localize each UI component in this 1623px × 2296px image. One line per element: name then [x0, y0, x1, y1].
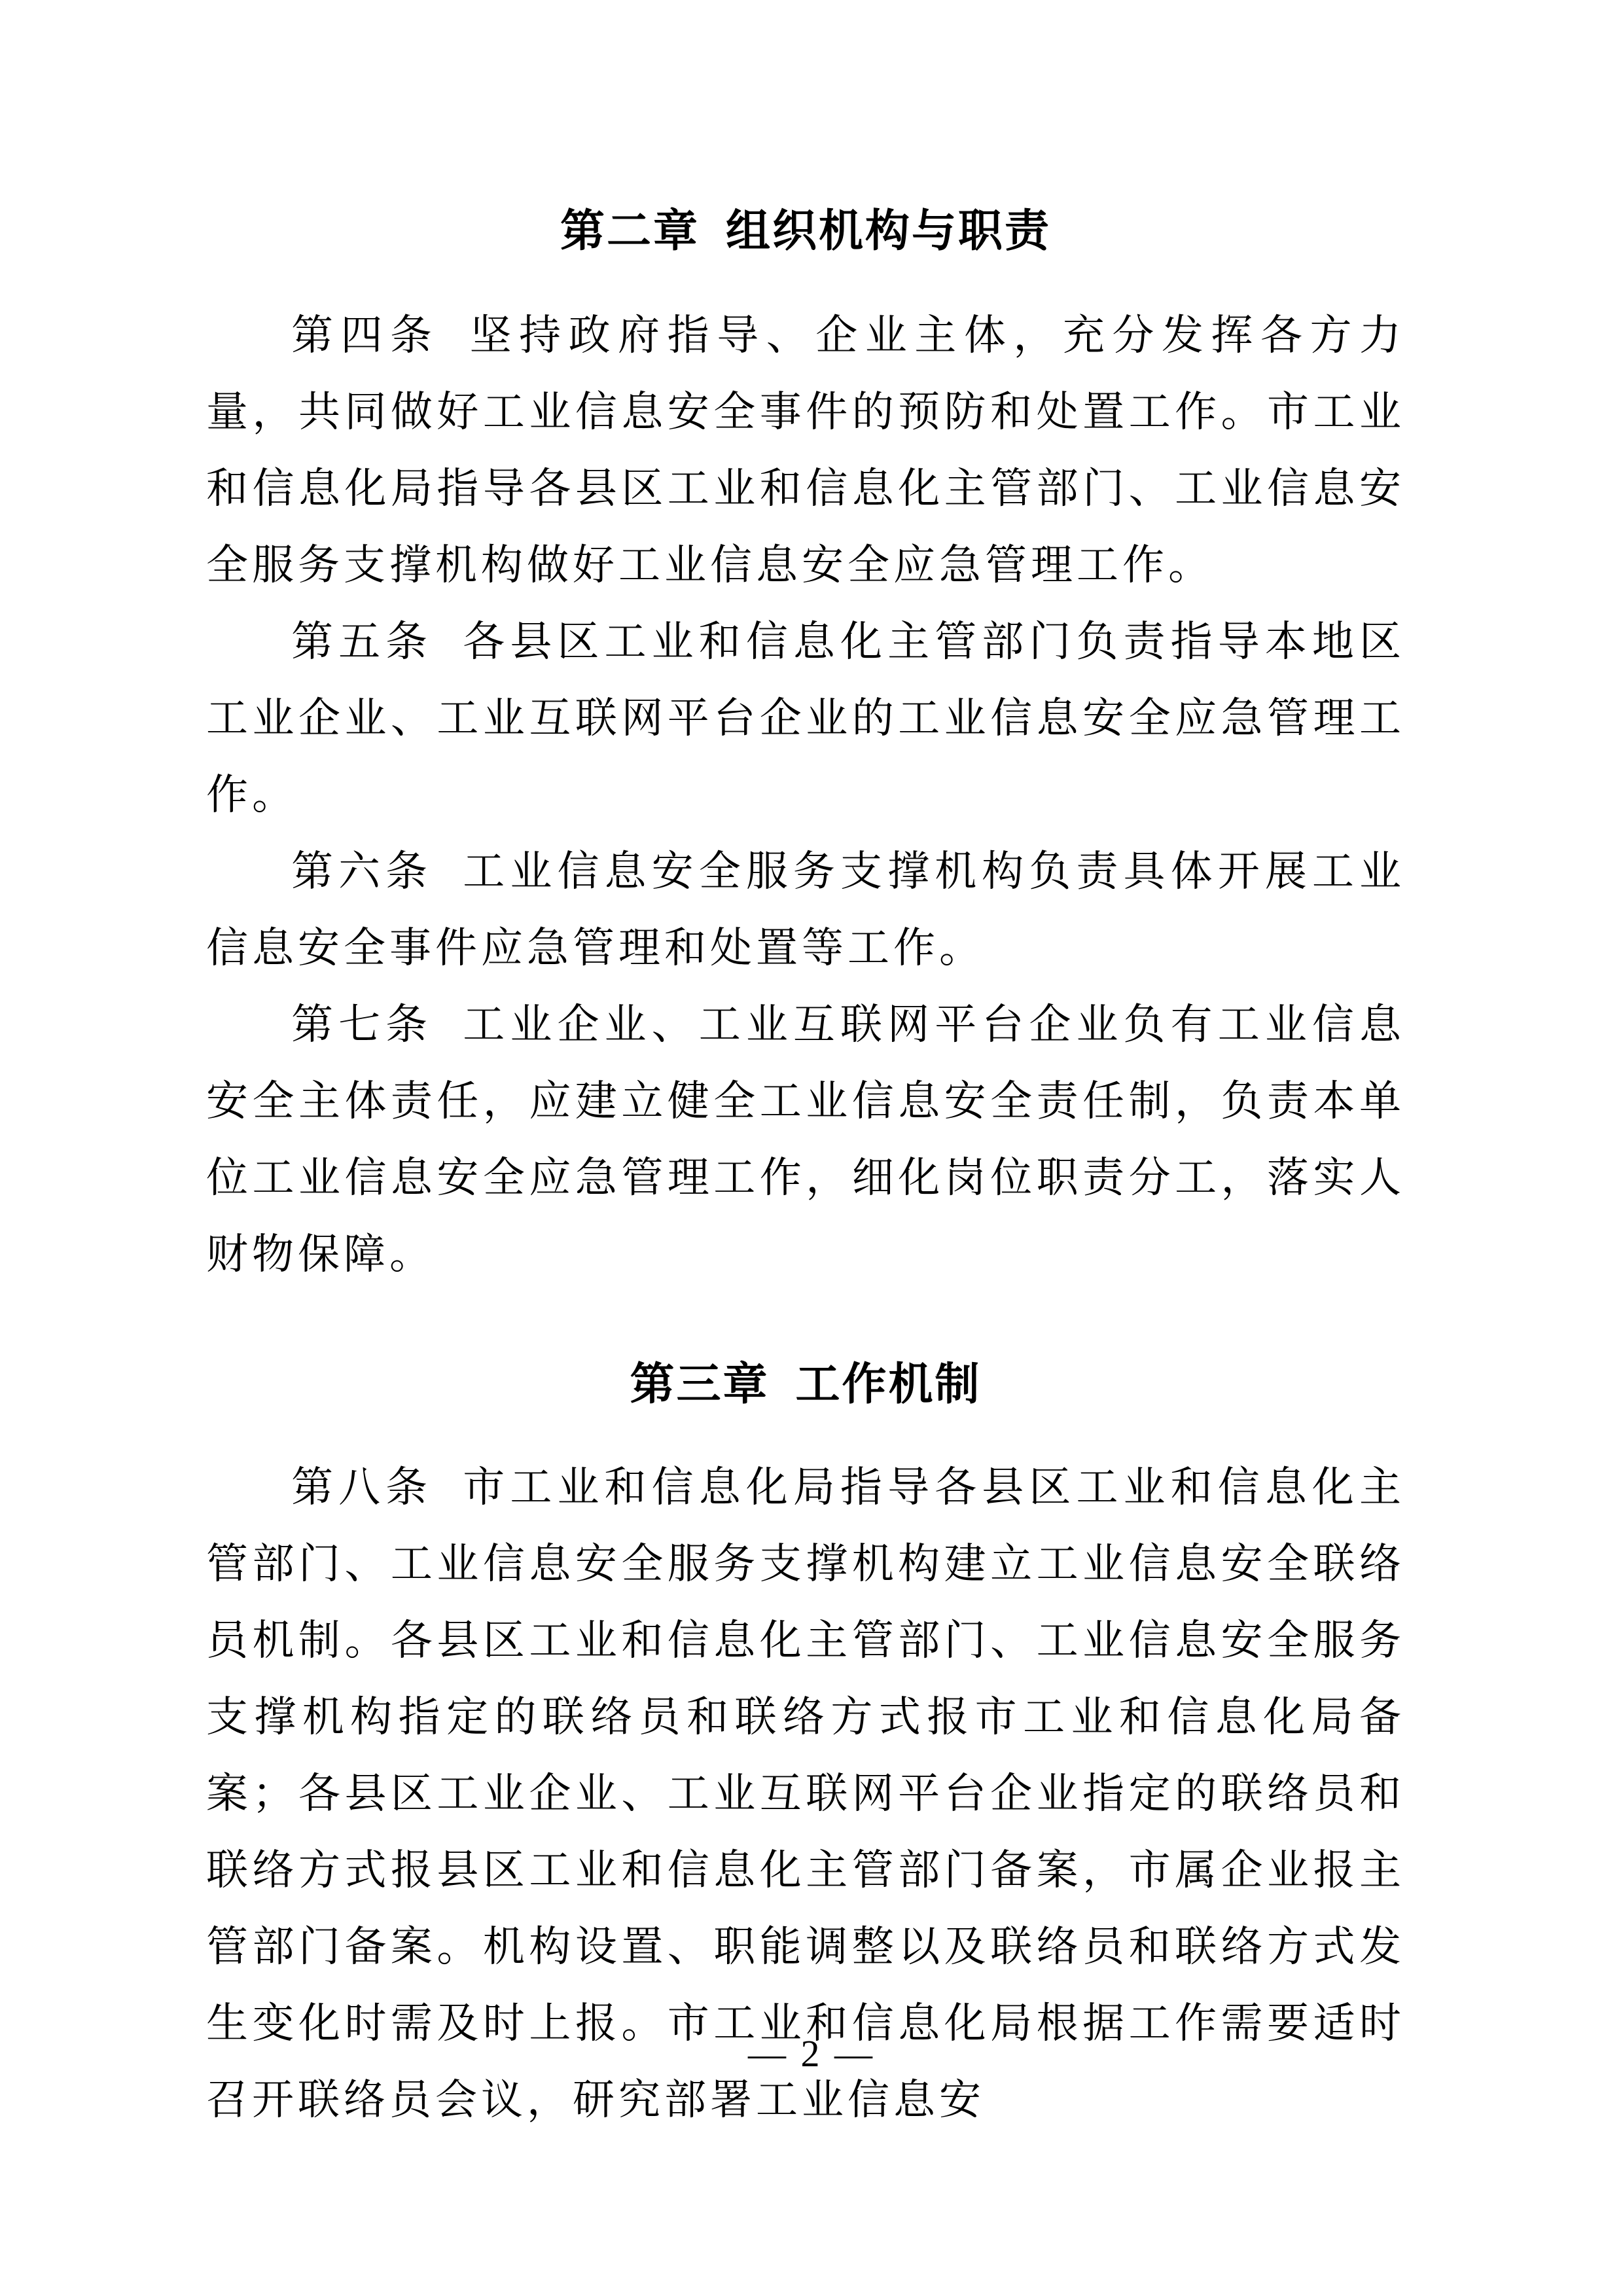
- text-block: 第二章组织机构与职责 第四条坚持政府指导、企业主体，充分发挥各方力量，共同做好工…: [206, 0, 1405, 2138]
- article-5-paragraph: 第五条各县区工业和信息化主管部门负责指导本地区工业企业、工业互联网平台企业的工业…: [206, 603, 1405, 833]
- article-4-label: 第四条: [291, 312, 440, 359]
- document-page-root: { "content": { "chapter2": { "number": "…: [0, 0, 1623, 2296]
- chapter3-heading: 第三章工作机制: [206, 1362, 1405, 1407]
- article-8-label: 第八条: [291, 1464, 433, 1511]
- document-page: 第二章组织机构与职责 第四条坚持政府指导、企业主体，充分发挥各方力量，共同做好工…: [0, 0, 1623, 2296]
- article-6-label: 第六条: [291, 848, 433, 895]
- chapter2-articles: 第四条坚持政府指导、企业主体，充分发挥各方力量，共同做好工业信息安全事件的预防和…: [206, 297, 1405, 1293]
- page-number: — 2 —: [0, 2034, 1623, 2073]
- chapter2-heading: 第二章组织机构与职责: [206, 209, 1405, 253]
- article-4-paragraph: 第四条坚持政府指导、企业主体，充分发挥各方力量，共同做好工业信息安全事件的预防和…: [206, 297, 1405, 603]
- article-7-label: 第七条: [291, 1001, 433, 1048]
- chapter3-number: 第三章: [630, 1359, 769, 1409]
- chapter3-title: 工作机制: [796, 1359, 982, 1409]
- article-6-paragraph: 第六条工业信息安全服务支撑机构负责具体开展工业信息安全事件应急管理和处置等工作。: [206, 833, 1405, 986]
- chapter2-number: 第二章: [560, 206, 700, 256]
- article-7-paragraph: 第七条工业企业、工业互联网平台企业负有工业信息安全主体责任，应建立健全工业信息安…: [206, 986, 1405, 1293]
- article-8-text: 市工业和信息化局指导各县区工业和信息化主管部门、工业信息安全服务支撑机构建立工业…: [206, 1464, 1405, 2123]
- chapter2-title: 组织机构与职责: [726, 206, 1051, 256]
- article-5-label: 第五条: [291, 619, 433, 665]
